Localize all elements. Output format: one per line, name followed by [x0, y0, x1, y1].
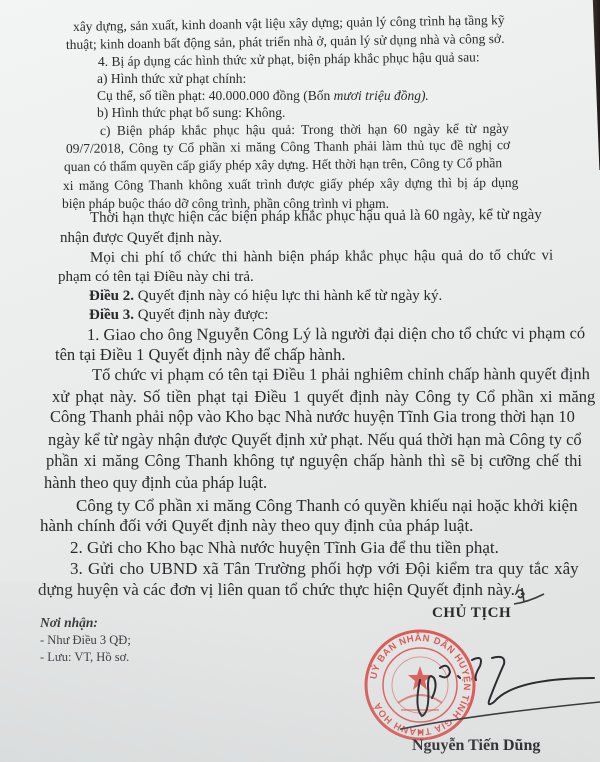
signature-icon [400, 640, 600, 740]
text-line: tên tại Điều 1 Quyết định này để chấp hà… [55, 347, 346, 364]
text-line: Công ty Cổ phần xi măng Công Thanh có qu… [76, 497, 578, 514]
text-line: xây dựng, sản xuất, kinh doanh vật liệu … [73, 13, 505, 33]
text-line: phần xi măng Công Thanh không tự nguyện … [46, 453, 582, 470]
text-line: 1. Giao cho ông Nguyễn Công Lý là người … [87, 325, 585, 343]
text-line: phạm có tên tại Điều này chi trả. [58, 270, 254, 285]
text-line: hành theo quy định của pháp luật. [44, 475, 267, 492]
text-line: 3. Gửi cho UBND xã Tân Trường phối hợp v… [70, 560, 579, 577]
article-2: Điều 2. Quyết định này có hiệu lực thi h… [89, 289, 442, 304]
text-line: thuật; kinh doanh bất động sản, phát tri… [66, 32, 505, 52]
fine-amount-words: mươi triệu đồng). [334, 88, 429, 103]
text-line: Tổ chức vi phạm có tên tại Điều 1 phải n… [92, 366, 590, 383]
text-line: a) Hình thức xử phạt chính: [97, 72, 246, 86]
text-line: 09/7/2018, Công ty Cổ phần xi măng Công … [66, 138, 510, 155]
article-2-text: Quyết định này có hiệu lực thi hành kể t… [134, 288, 442, 304]
text-line: xi măng Công Thanh không xuất trình được… [63, 176, 518, 193]
article-3: Điều 3. Quyết định này được: [89, 308, 268, 323]
text-line: Công Thanh phải nộp vào Kho bạc Nhà nước… [50, 409, 575, 426]
text-line: ngày kể từ ngày nhận được Quyết định xử … [48, 432, 582, 449]
chairman-title: CHỦ TỊCH [432, 606, 511, 621]
page-edge-shadow [588, 0, 600, 170]
text-line: 2. Gửi cho Kho bạc Nhà nước huyện Tĩnh G… [70, 539, 499, 556]
text-line: 4. Bị áp dụng các hình thức xử phạt, biệ… [98, 50, 480, 68]
text-line: b) Hình thức phạt bổ sung: Không. [97, 106, 285, 120]
article-3-text: Quyết định này được: [134, 307, 268, 323]
recipients-title: Nơi nhận: [40, 616, 98, 630]
text-line: dựng huyện và các đơn vị liên quan tổ ch… [38, 581, 524, 598]
initials-mark-icon [510, 580, 550, 610]
recipient-item: - Như Điều 3 QĐ; [40, 634, 131, 647]
text-line: hành chính đối với Quyết định này theo q… [40, 517, 473, 534]
text-line: c) Biện pháp khắc phục hậu quả: Trong th… [100, 122, 509, 138]
recipient-item: - Lưu: VT, Hồ sơ. [40, 651, 129, 664]
text-line: Mọi chi phí tổ chức thi hành biện pháp k… [90, 249, 553, 266]
text-line: Thời hạn thực hiện các biện pháp khắc ph… [90, 208, 542, 226]
fine-amount-line: Cụ thể, số tiền phạt: 40.000.000 đồng (B… [97, 89, 429, 103]
article-3-label: Điều 3. [89, 307, 134, 323]
text-line: xử phạt này. Số tiền phạt tại Điều 1 quy… [52, 389, 595, 406]
text-line: quan có thẩm quyền cấp giấy phép xây dựn… [64, 156, 502, 173]
text-line: nhận được Quyết định này. [60, 231, 222, 246]
signer-name: Nguyễn Tiến Dũng [412, 738, 540, 754]
article-2-label: Điều 2. [89, 288, 134, 304]
fine-amount-text: Cụ thể, số tiền phạt: 40.000.000 đồng (B… [97, 88, 334, 103]
